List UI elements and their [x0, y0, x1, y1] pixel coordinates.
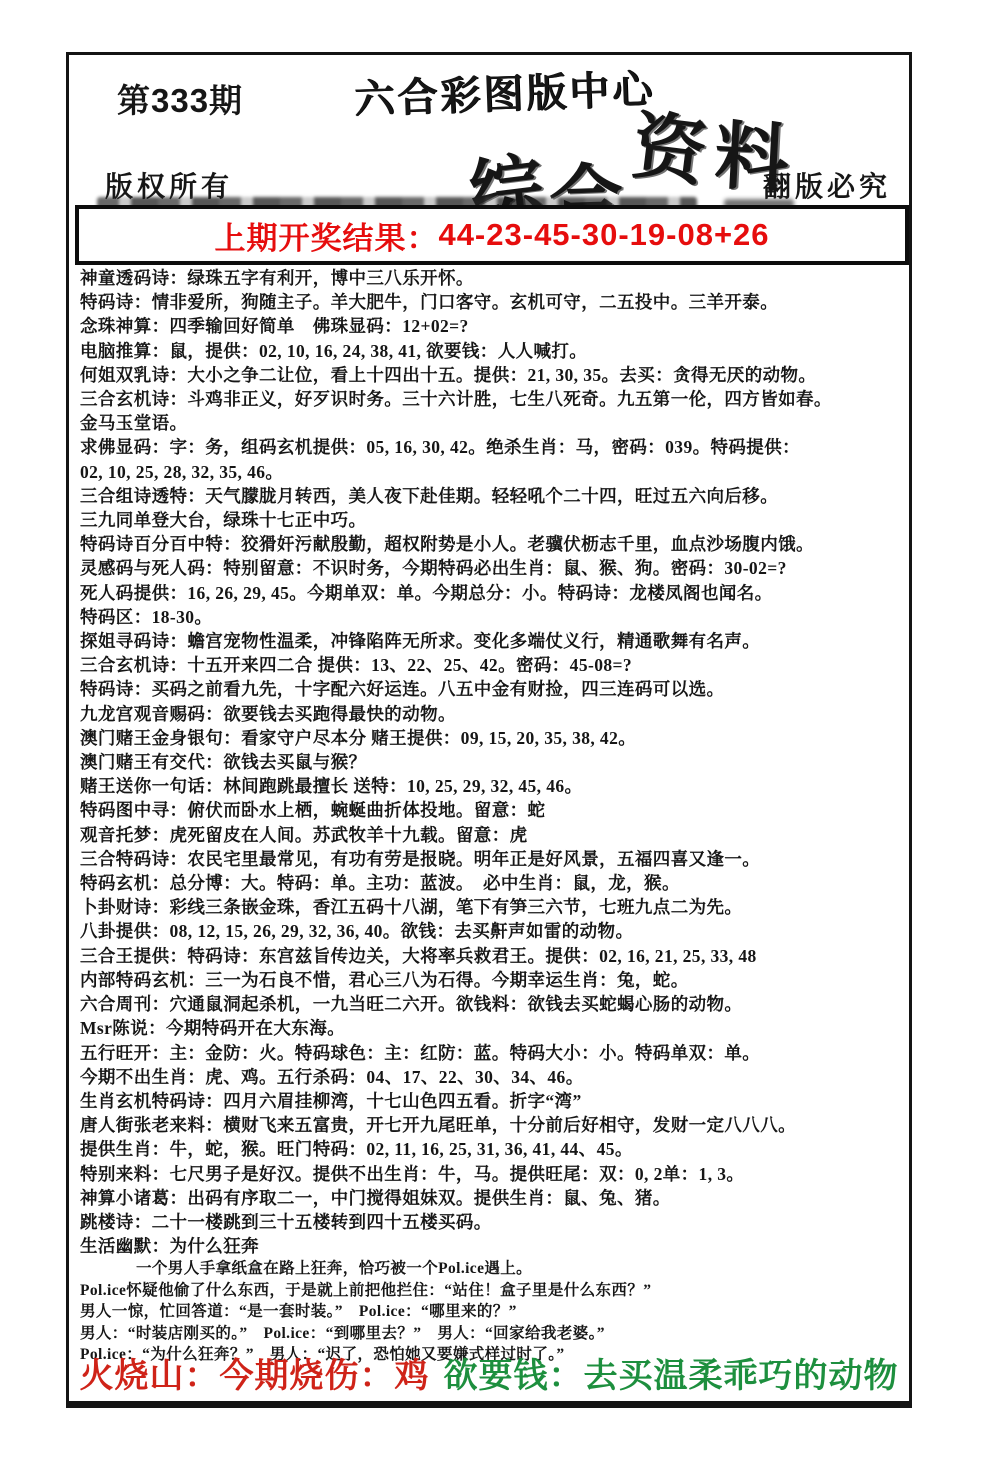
info-line: 死人码提供：16, 26, 29, 45。今期单双：单。今期总分：小。特码诗：龙…: [80, 581, 907, 605]
info-line: 跳楼诗：二十一楼跳到三十五楼转到四十五楼买码。: [80, 1210, 907, 1234]
info-line: 唐人街张老来料：横财飞来五富贵，开七开九尾旺单，十分前后好相守，发财一定八八八。: [80, 1113, 907, 1137]
content-lines: 神童透码诗：绿珠五字有利开，博中三八乐开怀。特码诗：情非爱所，狗随主子。羊大肥牛…: [80, 266, 907, 1365]
info-line: 特别来料：七尺男子是好汉。提供不出生肖：牛，马。提供旺尾：双：0, 2单：1, …: [80, 1162, 907, 1186]
info-line: Pol.ice怀疑他偷了什么东西，于是就上前把他拦住：“站住！盒子里是什么东西？…: [80, 1280, 907, 1301]
info-line: 生活幽默：为什么狂奔: [80, 1234, 907, 1258]
info-line: 特码玄机：总分博：大。特码：单。主功：蓝波。 必中生肖：鼠，龙，猴。: [80, 871, 907, 895]
info-line: 探姐寻码诗：蟾宫宠物性温柔，冲锋陷阵无所求。变化多端仗义行，精通歌舞有名声。: [80, 629, 907, 653]
info-line: 三合王提供：特码诗：东宫兹旨传边关，大将率兵救君王。提供：02, 16, 21,…: [80, 944, 907, 968]
info-line: 八卦提供：08, 12, 15, 26, 29, 32, 36, 40。欲钱：去…: [80, 919, 907, 943]
info-line: 特码图中寻：俯伏而卧水上栖，蜿蜒曲折体投地。留意：蛇: [80, 798, 907, 822]
info-line: 02, 10, 25, 28, 32, 35, 46。: [80, 460, 907, 484]
info-line: 特码诗：买码之前看九先，十字配六好运连。八五中金有财捡，四三连码可以选。: [80, 677, 907, 701]
info-line: 三合组诗透特：天气朦胧月转西，美人夜下赴佳期。轻轻吼个二十四，旺过五六向后移。: [80, 484, 907, 508]
info-line: 特码区：18-30。: [80, 605, 907, 629]
info-line: 念珠神算：四季输回好简单 佛珠显码：12+02=?: [80, 314, 907, 338]
info-line: 观音托梦：虎死留皮在人间。苏武牧羊十九载。留意：虎: [80, 823, 907, 847]
info-line: 澳门赌王有交代：欲钱去买鼠与猴？: [80, 750, 907, 774]
info-line: 特码诗百分百中特：狡猾奸污献殷勤，超权附势是小人。老骥伏枥志千里，血点沙场腹内饿…: [80, 532, 907, 556]
info-line: 内部特码玄机：三一为石良不惜，君心三八为石得。今期幸运生肖：兔，蛇。: [80, 968, 907, 992]
info-line: 九龙宫观音赐码：欲要钱去买跑得最快的动物。: [80, 702, 907, 726]
issue-number: 第333期: [117, 75, 243, 122]
main-title: 综合资料: [469, 95, 789, 201]
info-line: 男人一惊，忙回答道：“是一套时装。” Pol.ice：“哪里来的？”: [80, 1301, 907, 1322]
last-draw-result-numbers: 44-23-45-30-19-08+26: [438, 217, 769, 253]
info-line: 三合玄机诗：斗鸡非正义，好歹识时务。三十六计胜，七生八死奇。九五第一伦，四方皆如…: [80, 387, 907, 411]
info-line: 提供生肖：牛，蛇，猴。旺门特码：02, 11, 16, 25, 31, 36, …: [80, 1137, 907, 1161]
last-draw-result-label: 上期开奖结果：: [214, 213, 438, 258]
info-line: 电脑推算：鼠，提供：02, 10, 16, 24, 38, 41, 欲要钱：人人…: [80, 339, 907, 363]
page-frame: 第333期 六合彩图版中心 综合资料 版权所有 翻版必究 上期开奖结果：44-2…: [66, 52, 912, 1408]
info-line: Msr陈说：今期特码开在大东海。: [80, 1016, 907, 1040]
footer-tip: 火烧山：今期烧伤：鸡欲要钱：去买温柔乖巧的动物: [69, 1348, 909, 1397]
info-line: 特码诗：情非爱所，狗随主子。羊大肥牛，门口客守。玄机可守，二五投中。三羊开泰。: [80, 290, 907, 314]
info-line: 三合玄机诗：十五开来四二合 提供：13、22、25、42。密码：45-08=?: [80, 653, 907, 677]
footer-tip-red: 火烧山：今期烧伤：鸡: [80, 1358, 430, 1395]
info-line: 澳门赌王金身银句：看家守户尽本分 赌王提供：09, 15, 20, 35, 38…: [80, 726, 907, 750]
info-line: 今期不出生肖：虎、鸡。五行杀码：04、17、22、30、34、46。: [80, 1065, 907, 1089]
info-line: 神算小诸葛：出码有序取二一，中门搅得姐妹双。提供生肖：鼠、兔、猪。: [80, 1186, 907, 1210]
info-line: 一个男人手拿纸盒在路上狂奔，恰巧被一个Pol.ice遇上。: [80, 1258, 907, 1279]
info-line: 神童透码诗：绿珠五字有利开，博中三八乐开怀。: [80, 266, 907, 290]
info-line: 男人：“时装店刚买的。” Pol.ice：“到哪里去？” 男人：“回家给我老婆。…: [80, 1323, 907, 1344]
info-line: 赌王送你一句话：林间跑跳最擅长 送特：10, 25, 29, 32, 45, 4…: [80, 774, 907, 798]
info-line: 生肖玄机特码诗：四月六眉挂柳湾，十七山色四五看。折字“湾”: [80, 1089, 907, 1113]
info-line: 灵感码与死人码：特别留意：不识时务，今期特码必出生肖：鼠、猴、狗。密码：30-0…: [80, 556, 907, 580]
info-line: 卜卦财诗：彩线三条嵌金珠，香江五码十八湖，笔下有笋三六节，七班九点二为先。: [80, 895, 907, 919]
info-line: 三合特码诗：农民宅里最常见，有功有劳是报晓。明年正是好风景，五福四喜又逢一。: [80, 847, 907, 871]
info-line: 三九同单登大台，绿珠十七正中巧。: [80, 508, 907, 532]
info-line: 何姐双乳诗：大小之争二让位，看上十四出十五。提供：21, 30, 35。去买：贪…: [80, 363, 907, 387]
info-line: 金马玉堂语。: [80, 411, 907, 435]
footer-tip-green: 欲要钱：去买温柔乖巧的动物: [444, 1358, 899, 1395]
last-draw-result-box: 上期开奖结果：44-23-45-30-19-08+26: [75, 205, 909, 265]
main-title-char: 资: [627, 87, 713, 201]
info-line: 六合周刊：穴通鼠洞起杀机，一九当旺二六开。欲钱料：欲钱去买蛇蝎心肠的动物。: [80, 992, 907, 1016]
info-line: 五行旺开：主：金防：火。特码球色：主：红防：蓝。特码大小：小。特码单双：单。: [80, 1041, 907, 1065]
info-line: 求佛显码：字：务，组码玄机提供：05, 16, 30, 42。绝杀生肖：马，密码…: [80, 435, 907, 459]
